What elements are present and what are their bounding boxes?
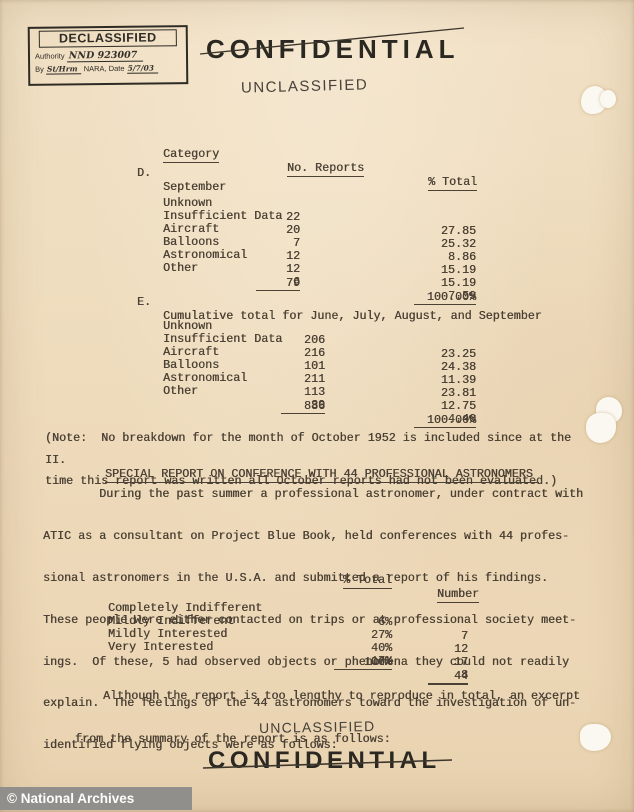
stamp-by-value: St/Hrm (46, 64, 82, 74)
table-row: Other 39 4.40 (0, 370, 634, 383)
table-row: Unknown 206 23.25 (0, 305, 634, 318)
table-total-row: 79 100.00% (0, 262, 634, 275)
confidential-footer: CONFIDENTIAL (208, 747, 441, 775)
stamp-authority-label: Authority (35, 51, 65, 60)
stamp-by-label: By (35, 65, 44, 74)
table-row: Completely Indifferent 6% 7 (0, 587, 634, 600)
body-line: ATIC as a consultant on Project Blue Boo… (43, 529, 583, 543)
section-e-label-row: E. Cumulative total for June, July, Augu… (0, 281, 634, 294)
table-row: Very Interested 17% 8 (0, 626, 634, 639)
table-row: Mildly Interested 40% 17 (0, 613, 634, 626)
body-line: During the past summer a professional as… (43, 487, 583, 501)
table-total-row: 886 100.00% (0, 385, 634, 398)
table-row: Balloons 12 15.19 (0, 221, 634, 234)
unclassified-header: UNCLASSIFIED (241, 76, 369, 96)
table-row: Balloons 211 23.81 (0, 344, 634, 357)
document-page: DECLASSIFIED Authority NND 923007 By St/… (0, 0, 634, 812)
table-row: Astronomical 12 15.19 (0, 234, 634, 247)
body-line: sional astronomers in the U.S.A. and sub… (43, 571, 583, 585)
section-ii-heading-row: II. SPECIAL REPORT ON CONFERENCE WITH 44… (0, 439, 634, 452)
section-d-label: D. (137, 166, 151, 180)
stamp-title: DECLASSIFIED (39, 29, 177, 47)
astronomers-table-header-row: % Total Number (0, 559, 634, 572)
table-row: Mildly Indifferent 27% 12 (0, 600, 634, 613)
paper-damage-spot (600, 90, 616, 108)
stamp-authority-value: NND 923007 (67, 50, 144, 63)
paper-damage-spot (580, 724, 611, 751)
report-table-header-row: Category No. Reports % Total (0, 133, 634, 146)
confidential-header: CONFIDENTIAL (206, 34, 460, 65)
table-row: Other 6 7.59 (0, 247, 634, 260)
section-d-label-row: D. September (0, 152, 634, 165)
table-row: Insufficient Data 20 25.32 (0, 195, 634, 208)
table-row: Aircraft 7 8.86 (0, 208, 634, 221)
table-row: Insufficient Data 216 24.38 (0, 318, 634, 331)
stamp-date-value: 5/7/03 (127, 63, 158, 73)
table-total-row: 100% 44 (0, 641, 634, 654)
unclassified-footer: UNCLASSIFIED (259, 718, 376, 736)
stamp-authority-row: Authority NND 923007 (35, 49, 181, 62)
national-archives-watermark: © National Archives (0, 787, 192, 810)
table-row: Aircraft 101 11.39 (0, 331, 634, 344)
table-row: Unknown 22 27.85 (0, 182, 634, 195)
closing-line: Although the report is too lengthy to re… (75, 689, 580, 704)
declassified-stamp: DECLASSIFIED Authority NND 923007 By St/… (28, 25, 189, 86)
stamp-by-row: By St/Hrm NARA, Date 5/7/03 (35, 63, 181, 74)
stamp-nara-label: NARA, Date (84, 64, 125, 73)
table-row: Astronomical 113 12.75 (0, 357, 634, 370)
